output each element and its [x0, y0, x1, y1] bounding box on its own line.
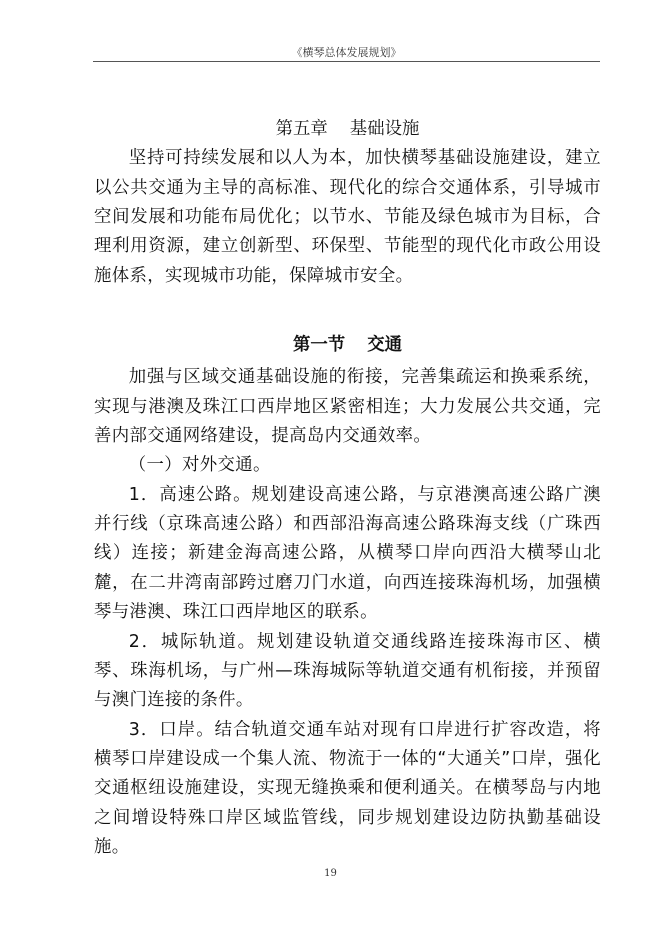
section-title: 第一节交通 — [94, 331, 601, 360]
item-text: 城际轨道。规划建设轨道交通线路连接珠海市区、横琴、珠海机场，与广州—珠海城际等轨… — [94, 632, 601, 711]
item-text: 高速公路。规划建设高速公路，与京港澳高速公路广澳并行线（京珠高速公路）和西部沿海… — [94, 485, 601, 622]
item-number: 1． — [129, 485, 160, 505]
header-rule — [93, 61, 600, 62]
chapter-name: 基础设施 — [350, 119, 420, 139]
item-text: 口岸。结合轨道交通车站对现有口岸进行扩容改造，将横琴口岸建设成一个集人流、物流于… — [94, 720, 601, 857]
list-item-port: 3．口岸。结合轨道交通车站对现有口岸进行扩容改造，将横琴口岸建设成一个集人流、物… — [94, 716, 601, 863]
running-header: 《横琴总体发展规划》 — [93, 44, 600, 60]
document-page: 《横琴总体发展规划》 第五章基础设施 坚持可持续发展和以人为本，加快横琴基础设施… — [0, 0, 661, 935]
item-number: 3． — [129, 720, 160, 740]
section-name: 交通 — [367, 335, 402, 355]
list-item-intercity-rail: 2．城际轨道。规划建设轨道交通线路连接珠海市区、横琴、珠海机场，与广州—珠海城际… — [94, 628, 601, 716]
page-content: 第五章基础设施 坚持可持续发展和以人为本，加快横琴基础设施建设，建立以公共交通为… — [94, 115, 601, 862]
section-number: 第一节 — [293, 335, 345, 355]
chapter-intro-paragraph: 坚持可持续发展和以人为本，加快横琴基础设施建设，建立以公共交通为主导的高标准、现… — [94, 144, 601, 291]
chapter-title: 第五章基础设施 — [94, 115, 601, 144]
item-number: 2． — [129, 632, 161, 652]
subsection-heading: （一）对外交通。 — [94, 451, 601, 480]
page-number: 19 — [0, 868, 661, 879]
section-intro-paragraph: 加强与区域交通基础设施的衔接，完善集疏运和换乘系统，实现与港澳及珠江口西岸地区紧… — [94, 363, 601, 451]
section-spacer — [94, 291, 601, 331]
chapter-number: 第五章 — [276, 119, 328, 139]
list-item-highway: 1．高速公路。规划建设高速公路，与京港澳高速公路广澳并行线（京珠高速公路）和西部… — [94, 481, 601, 628]
